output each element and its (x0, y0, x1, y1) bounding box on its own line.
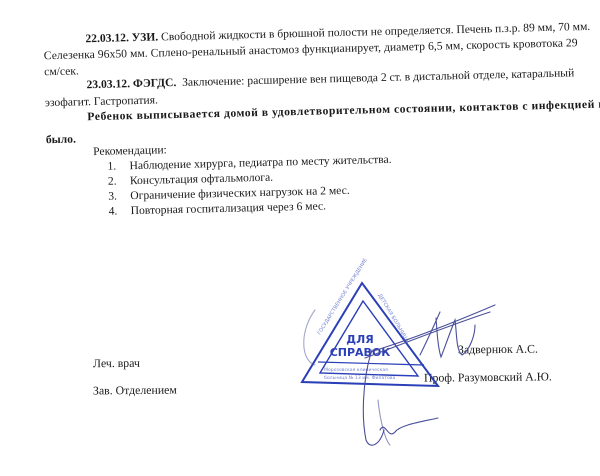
svg-text:СПРАВОК: СПРАВОК (330, 346, 391, 359)
fegds-paragraph-line1: 23.03.12. ФЭГДС. Заключение: расширение … (86, 66, 574, 92)
attending-doctor-name: Задвернюк А.С. (458, 342, 538, 358)
official-stamp: ГОСУДАРСТВЕННОЕ УЧРЕЖДЕНИЕ ДЕТСКАЯ БОЛЬН… (290, 255, 450, 395)
recommendations-title: Рекомендации: (93, 143, 167, 159)
attending-doctor-label: Леч. врач (93, 356, 140, 371)
department-head-label: Зав. Отделением (93, 383, 177, 399)
fegds-heading: 23.03.12. ФЭГДС. (86, 76, 176, 91)
svg-text:ДЕТСКАЯ БОЛЬНИЦА: ДЕТСКАЯ БОЛЬНИЦА (376, 293, 410, 344)
discharge-line2: было. (46, 133, 76, 148)
svg-text:больница № 13 им. Филатова: больница № 13 им. Филатова (324, 375, 395, 381)
fegds-text: Заключение: расширение вен пищевода 2 ст… (182, 66, 574, 89)
fegds-paragraph-line2: эзофагит. Гастропатия. (45, 93, 158, 110)
uzi-paragraph-line3: см/сек. (44, 64, 79, 79)
document-body: 22.03.12. УЗИ. Свободной жидкости в брюш… (0, 0, 600, 237)
discharge-document-page: 22.03.12. УЗИ. Свободной жидкости в брюш… (0, 0, 600, 476)
svg-text:Морозовская клиническая: Морозовская клиническая (324, 367, 388, 373)
uzi-heading: 22.03.12. УЗИ. (85, 30, 158, 45)
discharge-line1: Ребенок выписывается домой в удовлетвори… (87, 97, 600, 124)
triangle-stamp-icon: ГОСУДАРСТВЕННОЕ УЧРЕЖДЕНИЕ ДЕТСКАЯ БОЛЬН… (290, 255, 450, 395)
svg-text:ГОСУДАРСТВЕННОЕ УЧРЕЖДЕНИЕ: ГОСУДАРСТВЕННОЕ УЧРЕЖДЕНИЕ (317, 257, 369, 336)
svg-text:ДЛЯ: ДЛЯ (346, 333, 373, 346)
